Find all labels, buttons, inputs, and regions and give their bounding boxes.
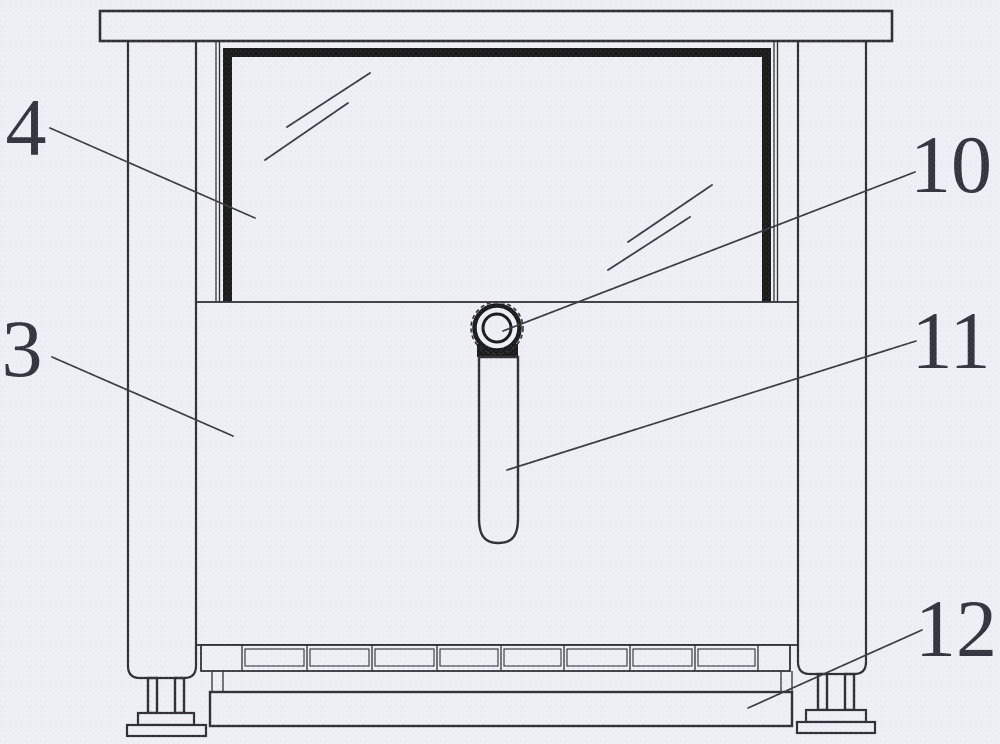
figure-page: 4 3 10 11 12 [0, 0, 1000, 744]
scan-noise-overlay [0, 0, 1000, 744]
figure-canvas: 4 3 10 11 12 [0, 0, 1000, 744]
